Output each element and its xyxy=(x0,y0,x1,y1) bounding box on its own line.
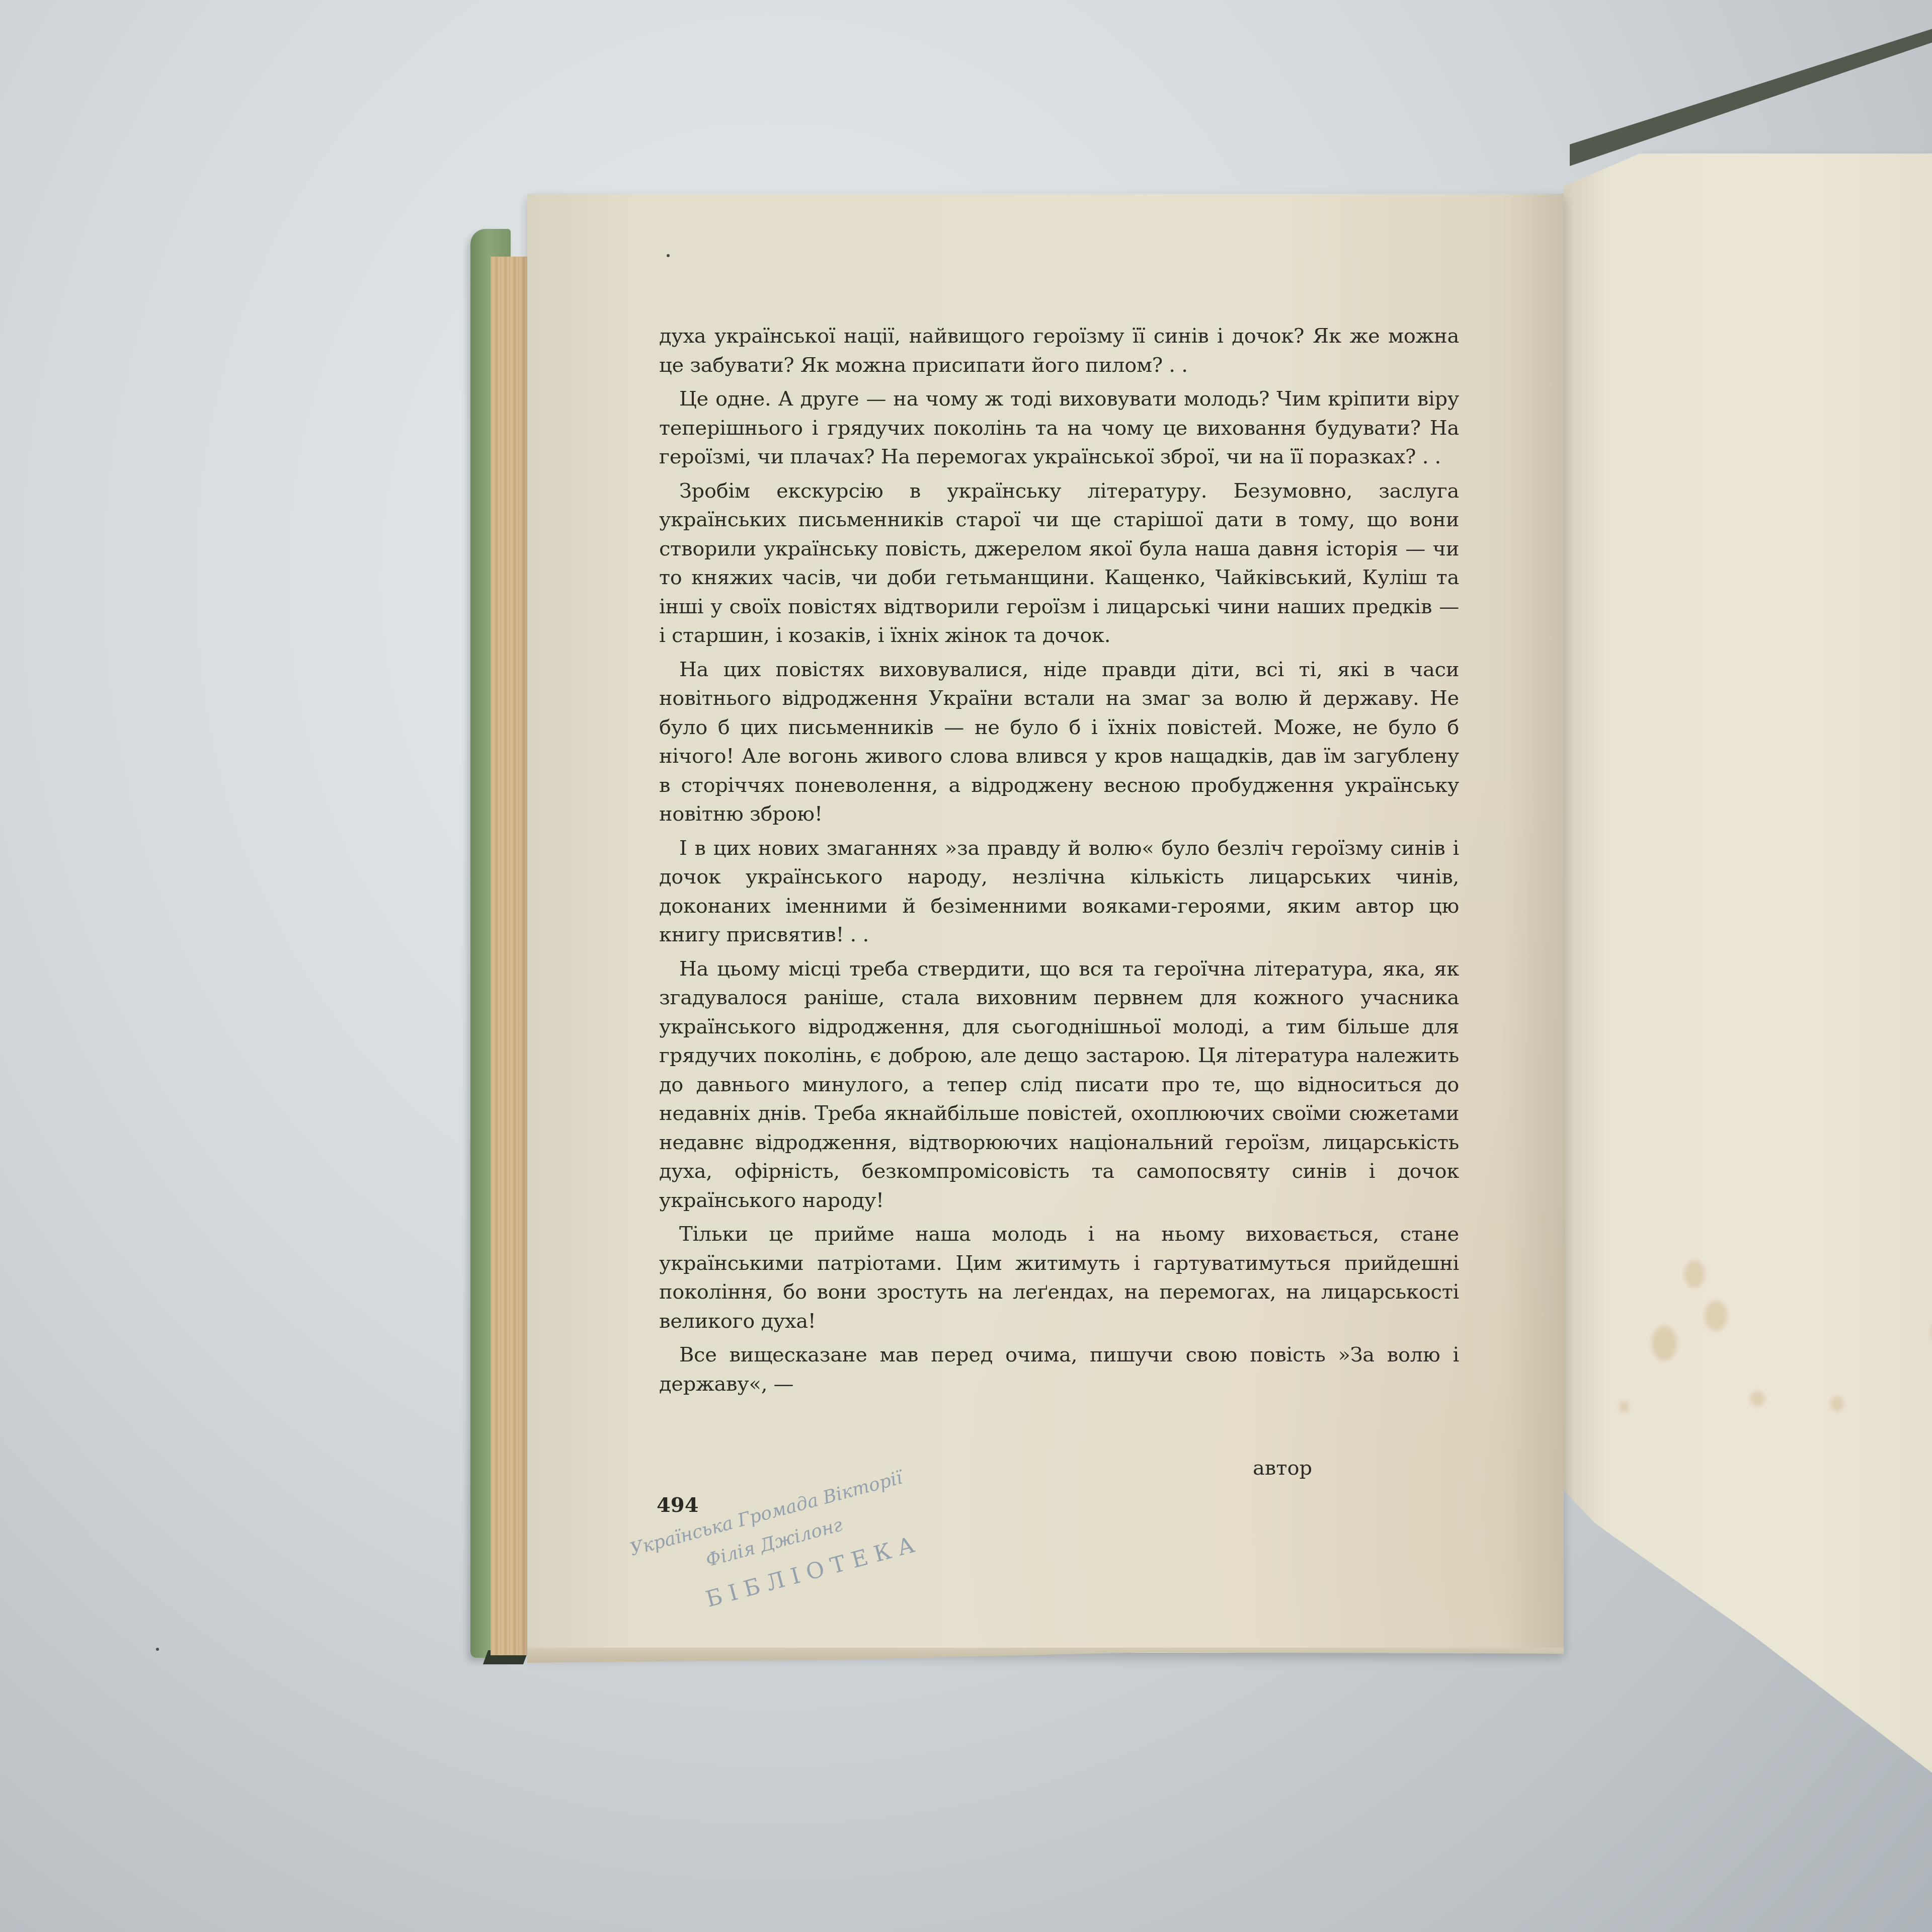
paragraph: Зробім екскурсію в українську літературу… xyxy=(659,477,1459,651)
paragraph: Все вищесказане мав перед очима, пишучи … xyxy=(659,1341,1459,1399)
right-page[interactable] xyxy=(1564,153,1932,1784)
page-bottom-edge xyxy=(527,1648,1564,1663)
book-cover-edge xyxy=(1570,0,1932,166)
paragraph: духа української нації, найвищого героїз… xyxy=(659,322,1459,380)
page-body-text: духа української нації, найвищого героїз… xyxy=(659,322,1459,1404)
photo-scene: духа української нації, найвищого героїз… xyxy=(0,0,1932,1932)
dust-speck xyxy=(667,254,670,257)
page-block-edges xyxy=(491,257,531,1655)
paragraph: Тільки це прийме наша молодь і на ньому … xyxy=(659,1220,1459,1336)
dust-speck xyxy=(156,1648,159,1651)
paragraph: На цьому місці треба ствердити, що вся т… xyxy=(659,955,1459,1216)
author-signature: автор xyxy=(1253,1457,1312,1480)
paragraph: І в цих нових змаганнях »за правду й вол… xyxy=(659,834,1459,950)
paragraph: На цих повістях виховувалися, ніде правд… xyxy=(659,656,1459,829)
paragraph: Це одне. А друге — на чому ж тоді вихову… xyxy=(659,385,1459,472)
